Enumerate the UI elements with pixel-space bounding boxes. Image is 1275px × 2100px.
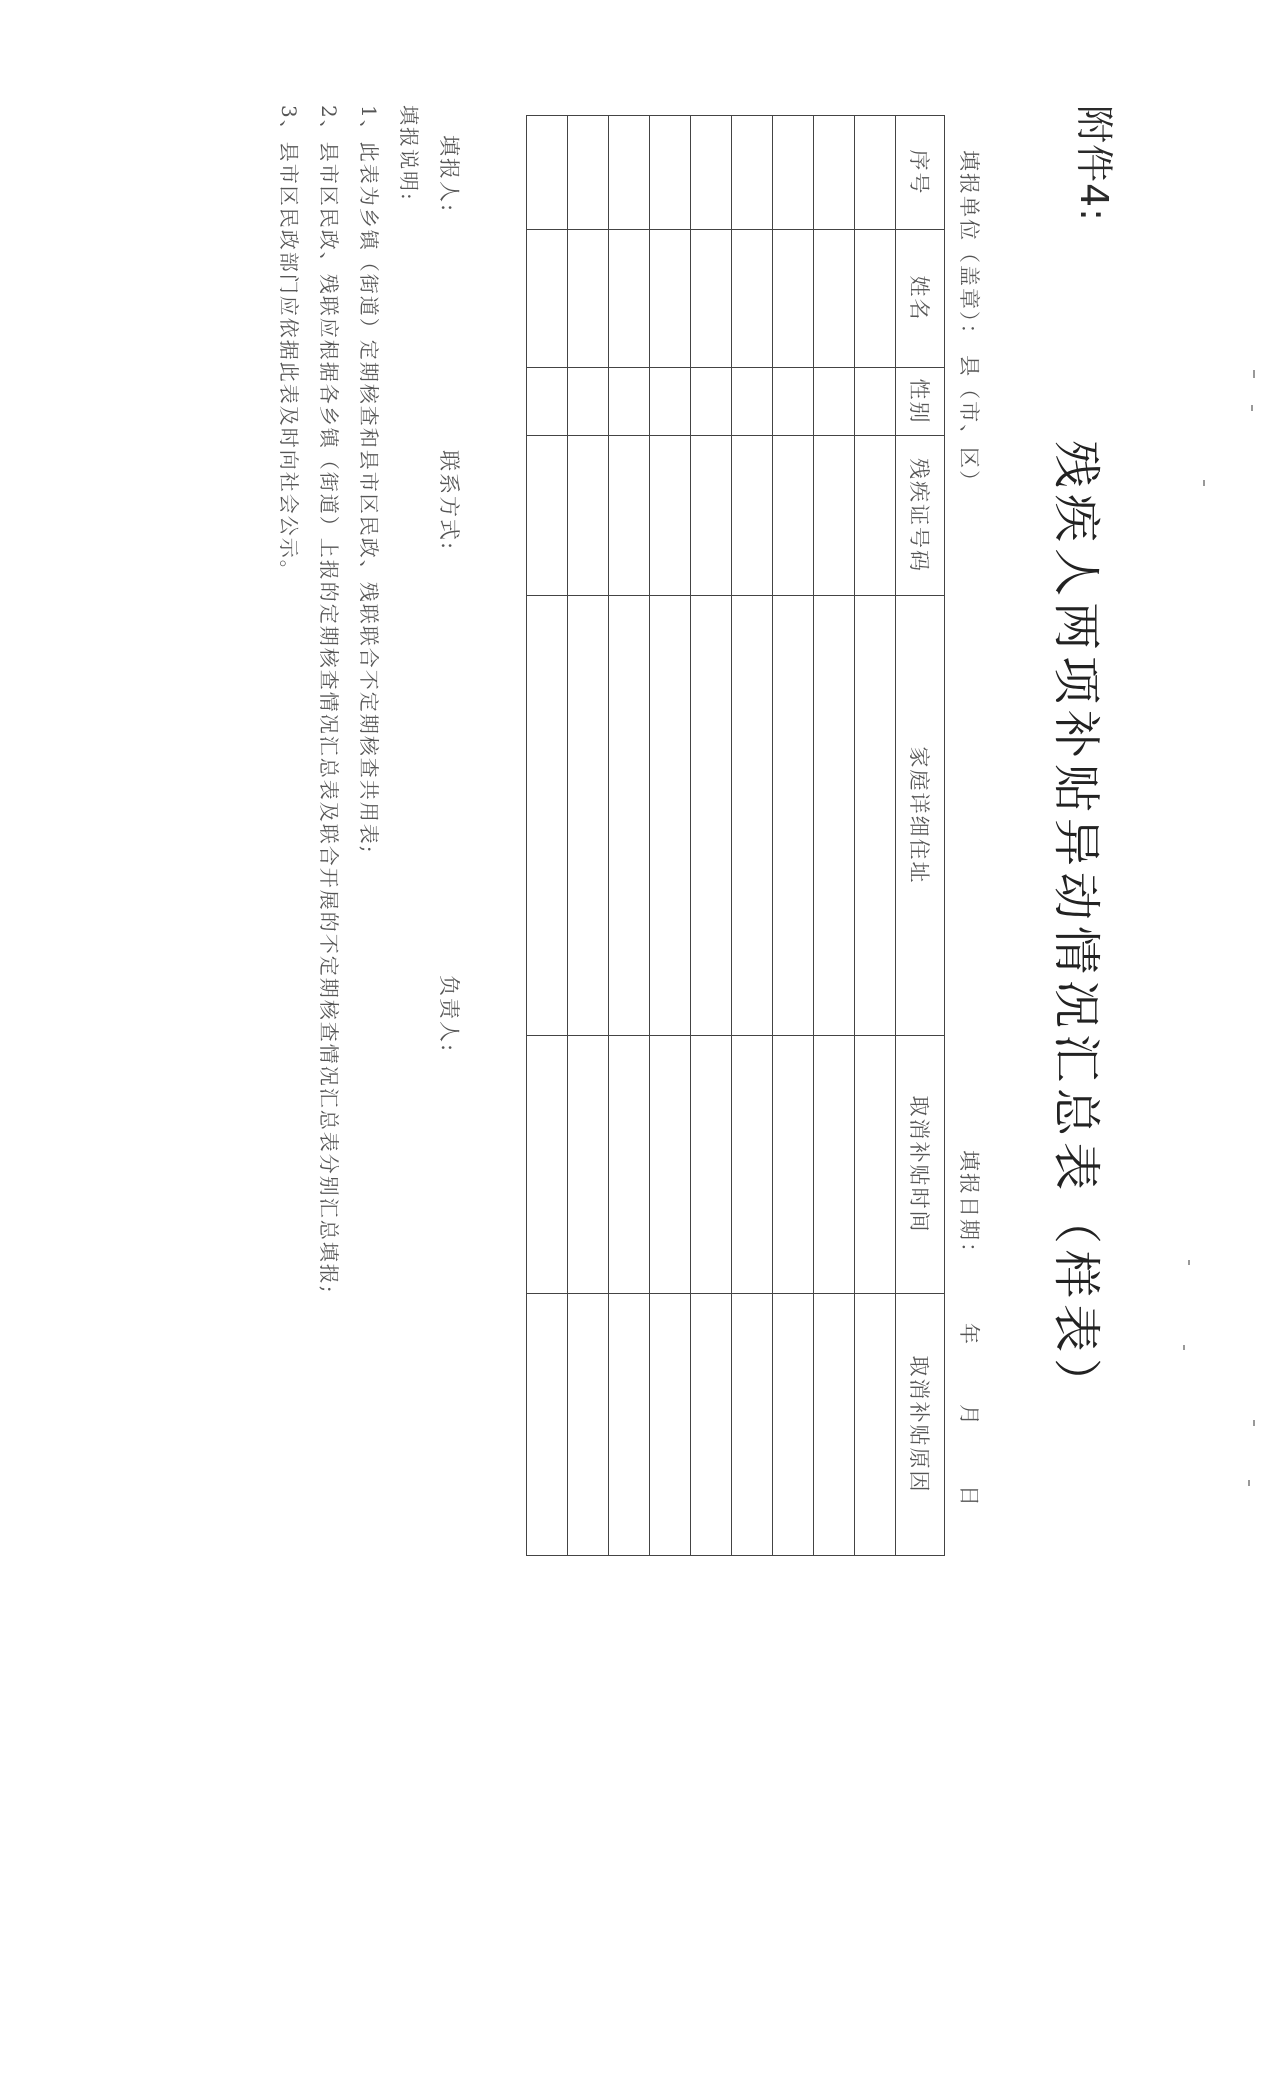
table-cell[interactable] — [609, 436, 650, 596]
table-cell[interactable] — [691, 230, 732, 368]
table-cell[interactable] — [773, 436, 814, 596]
column-header: 残疾证号码 — [896, 436, 945, 596]
table-cell[interactable] — [650, 368, 691, 436]
contact-label: 联系方式: — [435, 450, 465, 551]
table-cell[interactable] — [609, 116, 650, 230]
column-header: 姓名 — [896, 230, 945, 368]
note-item: 1、此表为乡镇（街道）定期核查和县市区民政、残联联合不定期核查共用表; — [356, 105, 385, 854]
table-cell[interactable] — [527, 368, 568, 436]
column-header: 序号 — [896, 116, 945, 230]
table-cell[interactable] — [732, 1294, 773, 1556]
table-body — [527, 116, 896, 1556]
reporting-unit-field: 填报单位（盖章）： 县（市、区） — [955, 150, 985, 493]
table-cell[interactable] — [773, 230, 814, 368]
table-cell[interactable] — [650, 1294, 691, 1556]
table-cell[interactable] — [650, 1036, 691, 1294]
table-cell[interactable] — [855, 1294, 896, 1556]
table-cell[interactable] — [568, 116, 609, 230]
table-cell[interactable] — [855, 1036, 896, 1294]
table-cell[interactable] — [691, 368, 732, 436]
day-label: 日 — [957, 1485, 981, 1508]
table-cell[interactable] — [773, 1294, 814, 1556]
scan-speck — [1188, 1260, 1190, 1265]
table-cell[interactable] — [773, 368, 814, 436]
scan-speck — [1203, 480, 1205, 486]
responsible-label: 负责人: — [435, 975, 465, 1053]
note-item: 3、县市区民政部门应依据此表及时向社会公示。 — [276, 105, 305, 582]
document-title: 残疾人两项补贴异动情况汇总表（样表） — [1046, 440, 1115, 1412]
table-row — [732, 116, 773, 1556]
scan-speck — [1253, 1420, 1255, 1426]
reporting-date-label: 填报日期： — [957, 1150, 981, 1265]
table-cell[interactable] — [609, 1294, 650, 1556]
table-row — [691, 116, 732, 1556]
note-item: 2、县市区民政、残联应根据各乡镇（街道）上报的定期核查情况汇总表及联合开展的不定… — [316, 105, 345, 1294]
column-header: 取消补贴时间 — [896, 1036, 945, 1294]
table-cell[interactable] — [650, 230, 691, 368]
table-cell[interactable] — [855, 436, 896, 596]
year-label: 年 — [957, 1323, 981, 1346]
table-row — [773, 116, 814, 1556]
table-row — [650, 116, 691, 1556]
table-cell[interactable] — [527, 596, 568, 1036]
table-cell[interactable] — [568, 368, 609, 436]
table-row — [568, 116, 609, 1556]
table-row — [814, 116, 855, 1556]
column-header: 性别 — [896, 368, 945, 436]
reporting-date-field: 填报日期：年月日 — [955, 1150, 985, 1508]
column-header: 家庭详细住址 — [896, 596, 945, 1036]
scan-speck — [1253, 370, 1255, 378]
table-cell[interactable] — [773, 116, 814, 230]
table-cell[interactable] — [732, 1036, 773, 1294]
table-cell[interactable] — [691, 116, 732, 230]
scan-speck — [1183, 1345, 1185, 1350]
table-cell[interactable] — [691, 1036, 732, 1294]
table-cell[interactable] — [855, 230, 896, 368]
table-cell[interactable] — [527, 116, 568, 230]
table-row — [855, 116, 896, 1556]
table-cell[interactable] — [568, 1036, 609, 1294]
table-cell[interactable] — [609, 596, 650, 1036]
table-cell[interactable] — [527, 1036, 568, 1294]
table-cell[interactable] — [732, 116, 773, 230]
table-cell[interactable] — [855, 596, 896, 1036]
table-cell[interactable] — [527, 436, 568, 596]
table-cell[interactable] — [855, 116, 896, 230]
table-row — [609, 116, 650, 1556]
table-cell[interactable] — [568, 230, 609, 368]
table-header-row: 序号姓名性别残疾证号码家庭详细住址取消补贴时间取消补贴原因 — [896, 116, 945, 1556]
notes-title: 填报说明: — [396, 105, 425, 202]
table-cell[interactable] — [814, 436, 855, 596]
column-header: 取消补贴原因 — [896, 1294, 945, 1556]
table-cell[interactable] — [855, 368, 896, 436]
table-cell[interactable] — [814, 1036, 855, 1294]
table-cell[interactable] — [650, 596, 691, 1036]
scan-speck — [1251, 405, 1253, 411]
table-cell[interactable] — [609, 230, 650, 368]
table-cell[interactable] — [732, 596, 773, 1036]
table-cell[interactable] — [732, 436, 773, 596]
table-cell[interactable] — [650, 436, 691, 596]
table-cell[interactable] — [691, 1294, 732, 1556]
table-cell[interactable] — [568, 436, 609, 596]
table-cell[interactable] — [609, 368, 650, 436]
attachment-label: 附件4: — [1070, 105, 1125, 222]
document-page: 附件4: 残疾人两项补贴异动情况汇总表（样表） 填报单位（盖章）： 县（市、区）… — [0, 0, 1275, 2100]
scan-speck — [1248, 1480, 1250, 1486]
table-cell[interactable] — [568, 1294, 609, 1556]
table-cell[interactable] — [773, 596, 814, 1036]
table-cell[interactable] — [568, 596, 609, 1036]
table-cell[interactable] — [773, 1036, 814, 1294]
table-cell[interactable] — [814, 116, 855, 230]
table-cell[interactable] — [732, 230, 773, 368]
table-cell[interactable] — [691, 596, 732, 1036]
table-cell[interactable] — [814, 368, 855, 436]
table-cell[interactable] — [814, 1294, 855, 1556]
table-cell[interactable] — [814, 230, 855, 368]
filler-label: 填报人: — [435, 135, 465, 213]
table-cell[interactable] — [814, 596, 855, 1036]
table-cell[interactable] — [732, 368, 773, 436]
table-cell[interactable] — [650, 116, 691, 230]
month-label: 月 — [957, 1404, 981, 1427]
table-cell[interactable] — [609, 1036, 650, 1294]
subsidy-change-table: 序号姓名性别残疾证号码家庭详细住址取消补贴时间取消补贴原因 — [526, 115, 945, 1556]
table-cell[interactable] — [527, 1294, 568, 1556]
table-row — [527, 116, 568, 1556]
table-cell[interactable] — [691, 436, 732, 596]
table-cell[interactable] — [527, 230, 568, 368]
